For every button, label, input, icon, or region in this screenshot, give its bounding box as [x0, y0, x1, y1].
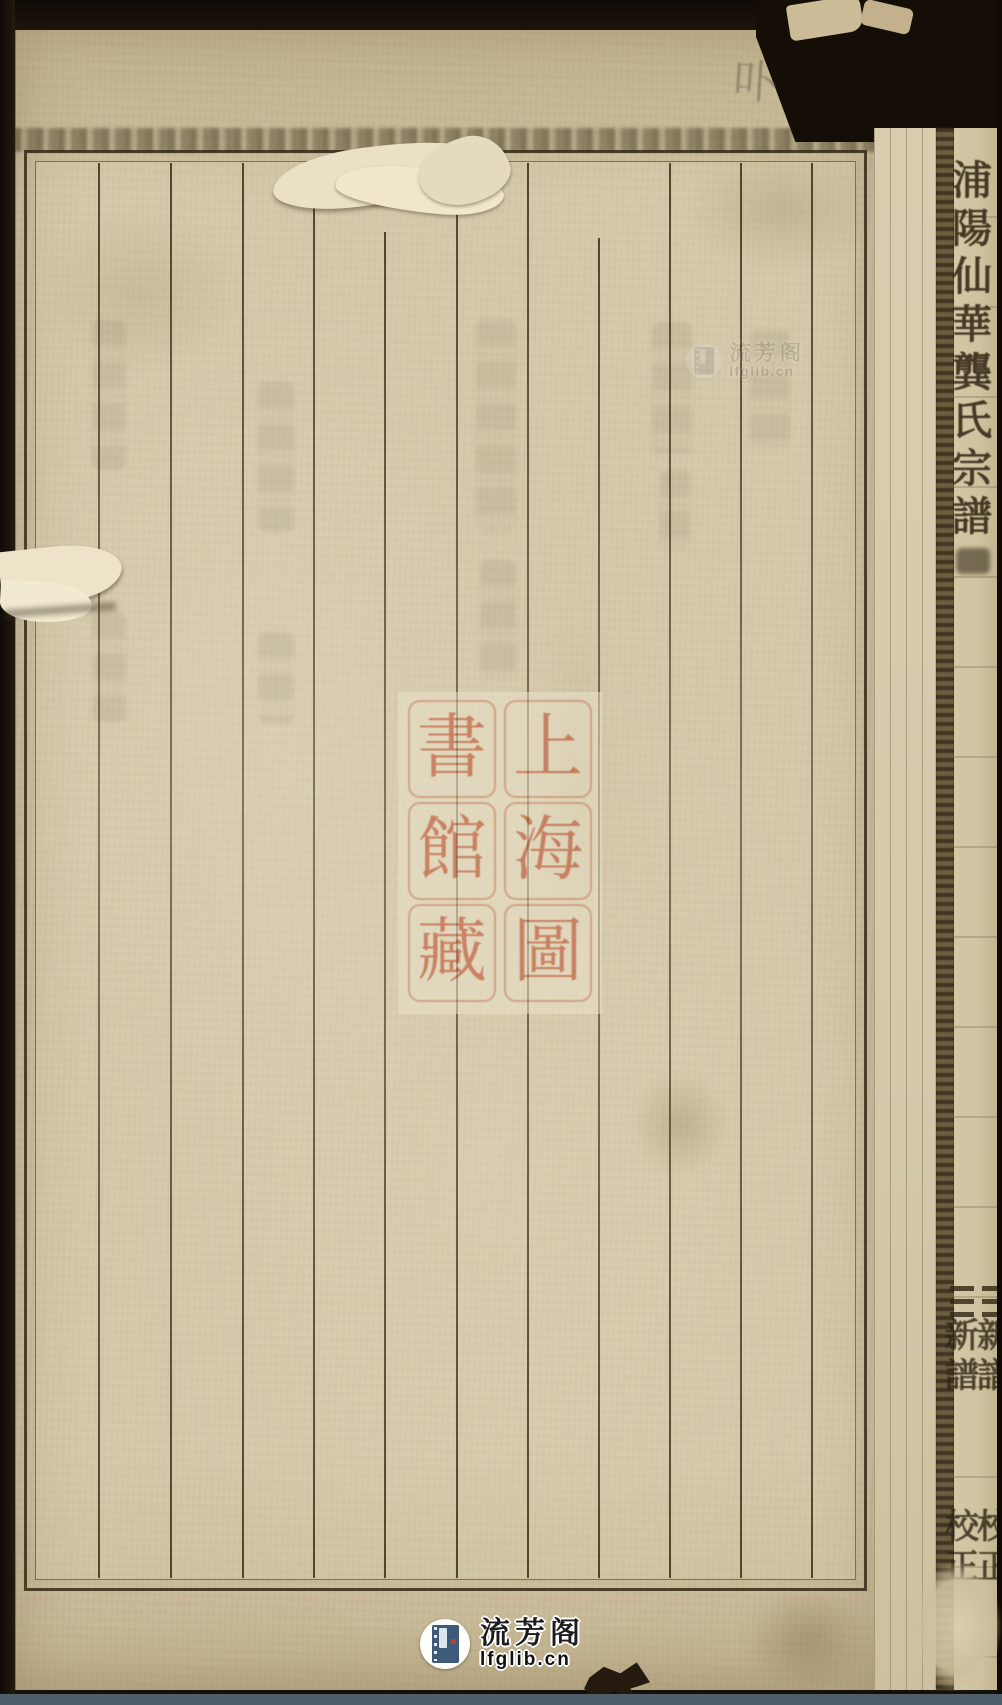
seal-right-column: 上 海 圖	[500, 698, 596, 1008]
ruled-column-line	[313, 166, 315, 1578]
watermark-text: 流芳阁 lfglib.cn	[729, 342, 805, 379]
spine-title: 浦 陽 仙 華 龔 氏 宗 譜	[950, 160, 998, 538]
scanner-bed-edge	[0, 1694, 1002, 1705]
spine-title-char: 陽	[950, 208, 994, 250]
seal-char: 館	[408, 802, 496, 900]
book-seal-dot-icon	[708, 357, 712, 361]
edge-label: 譜	[944, 1357, 980, 1397]
seal-left-column: 書 館 藏	[404, 698, 500, 1008]
ruled-column-line	[170, 163, 172, 1578]
watermark-text: 流芳阁 lfglib.cn	[480, 1618, 585, 1669]
watermark-site-url: lfglib.cn	[480, 1650, 585, 1670]
watermark-badge	[686, 343, 722, 379]
edge-label: 新	[944, 1317, 980, 1357]
library-collection-seal: 上 海 圖 書 館 藏	[404, 698, 596, 1008]
ruled-column-line	[242, 163, 244, 1578]
book-label-icon	[439, 1628, 447, 1648]
spine-title-char: 氏	[950, 400, 994, 442]
watermark-site-name: 流芳阁	[480, 1618, 585, 1650]
book-icon	[695, 347, 714, 374]
spine-title-char: 華	[950, 304, 994, 346]
seal-char: 上	[504, 700, 592, 798]
watermark-badge	[420, 1619, 470, 1669]
ruled-column-line	[384, 232, 386, 1578]
watermark-faint: 流芳阁 lfglib.cn	[686, 342, 805, 379]
book-label-icon	[700, 349, 706, 363]
handwritten-mark: 卟	[723, 46, 788, 124]
spine-title-char: 浦	[950, 160, 994, 202]
ruled-column-line	[811, 163, 813, 1578]
three-bars-icon	[950, 1286, 974, 1317]
spine-title-char: 譜	[950, 496, 994, 538]
watermark-site-name: 流芳阁	[729, 342, 805, 365]
seal-char: 書	[408, 700, 496, 798]
scanned-book-page: 上 海 圖 書 館 藏 浦 陽 仙 華 龔 氏 宗 譜 新 譜 新	[0, 0, 1002, 1705]
page-edge-strip	[874, 128, 936, 1690]
book-stitch-icon	[434, 1627, 437, 1661]
spine-title-char: 宗	[950, 448, 994, 490]
watermark: 流芳阁 lfglib.cn	[420, 1618, 585, 1669]
ink-smudge	[956, 548, 990, 574]
book-seal-dot-icon	[451, 1639, 456, 1644]
ruled-column-line	[98, 163, 100, 1578]
ruled-column-line	[669, 163, 671, 1578]
fore-edge-labels: 新 譜	[944, 1286, 980, 1397]
spine-title-char: 仙	[950, 256, 994, 298]
seal-char: 藏	[408, 904, 496, 1002]
seal-char: 海	[504, 802, 592, 900]
backdrop-left-edge	[0, 0, 15, 1705]
book-stitch-icon	[696, 348, 698, 372]
spine-title-char: 龔	[950, 352, 994, 394]
book-icon	[432, 1625, 459, 1663]
backdrop-right-edge	[997, 0, 1002, 1705]
watermark-site-url: lfglib.cn	[729, 365, 805, 379]
seal-char: 圖	[504, 904, 592, 1002]
